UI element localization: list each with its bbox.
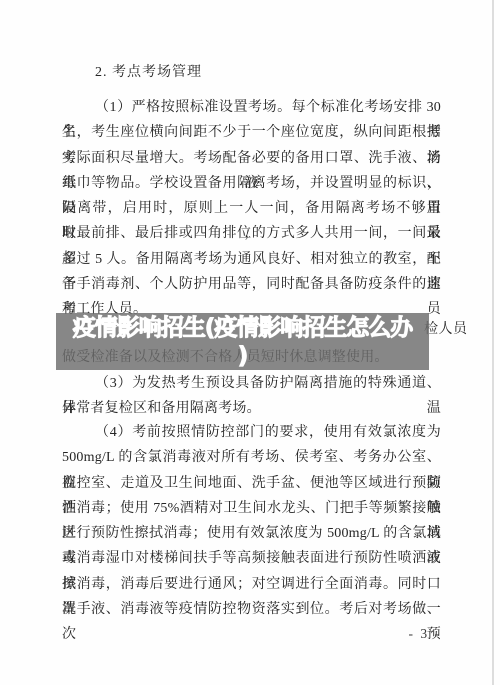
doc-line: （1）严格按照标准设置考场。每个标准化考场安排 30 名考	[62, 95, 441, 120]
heading-block: 2. 考点考场管理	[62, 60, 441, 85]
doc-line: 500mg/L 的含氯消毒液对所有考场、侯考室、考务办公室、视频	[62, 445, 441, 470]
section-heading: 2. 考点考场管理	[62, 60, 441, 85]
paragraph-1: （1）严格按照标准设置考场。每个标准化考场安排 30 名考 生，考生座位横向间距…	[62, 95, 441, 323]
doc-line: 拭消毒，消毒后要进行通风；对空调进行全面消毒。同时口罩、	[62, 572, 441, 597]
watermark-title-line1: 疫情影响招生(疫情影响招生怎么办	[56, 314, 429, 342]
doc-line: 洗手液、消毒液等疫情防控物资落实到位。考后对考场做一次预	[62, 597, 441, 622]
watermark-overlay-band: 疫情影响招生(疫情影响招生怎么办 )	[56, 313, 429, 370]
doc-line: （4）考前按照情防控部门的要求，使用有效氯浓度为	[62, 420, 441, 445]
doc-line: 隔离带，启用时，原则上一人一间，备用隔离考场不够用时，采	[62, 196, 441, 221]
watermark-title: 疫情影响招生(疫情影响招生怎么办 )	[56, 314, 429, 370]
doc-line: 生，考生座位横向间距不少于一个座位宽度，纵向间距根据考场	[62, 120, 441, 145]
doc-line: 取最前排、最后排或四角排位的方式多人共用一间，一间最多不	[62, 221, 441, 246]
doc-line: 监控室、走道及卫生间地面、洗手盆、便池等区域进行预防性喷	[62, 471, 441, 496]
doc-line: 进行预防性擦拭消毒；使用有效氯浓度为 500mg/L 的含氯消毒液	[62, 521, 441, 546]
scan-edge-line	[492, 0, 494, 685]
doc-line: 纸巾等物品。学校设置备用隔离考场，并设置明显的标识，设置	[62, 171, 441, 196]
doc-line: 洒消毒；使用 75%酒精对卫生间水龙头、门把手等频繁接触区域	[62, 496, 441, 521]
doc-line: （3）为发热考生预设具备防护隔离措施的特殊通道、体温	[62, 371, 441, 396]
doc-line: 或消毒湿巾对楼梯间扶手等高频接触表面进行预防性喷洒或擦	[62, 546, 441, 571]
doc-line: 超过 5 人。备用隔离考场为通风良好、相对独立的教室，配备速	[62, 247, 441, 272]
doc-line: 实际面积尽量增大。考场配备必要的备用口罩、洗手液、消毒液、	[62, 146, 441, 171]
paragraph-4: （4）考前按照情防控部门的要求，使用有效氯浓度为 500mg/L 的含氯消毒液对…	[62, 420, 441, 622]
watermark-title-line2: )	[56, 342, 429, 370]
page-number: - 3 -	[62, 626, 441, 642]
scanned-document-page: 2. 考点考场管理 （1）严格按照标准设置考场。每个标准化考场安排 30 名考 …	[0, 0, 500, 685]
paragraph-3: （3）为发热考生预设具备防护隔离措施的特殊通道、体温 异常者复检区和备用隔离考场…	[62, 371, 441, 422]
doc-line-partially-hidden: 检人员	[424, 321, 468, 339]
doc-line: 干手消毒剂、个人防护用品等，同时配备具备防疫条件的监考员	[62, 272, 441, 297]
